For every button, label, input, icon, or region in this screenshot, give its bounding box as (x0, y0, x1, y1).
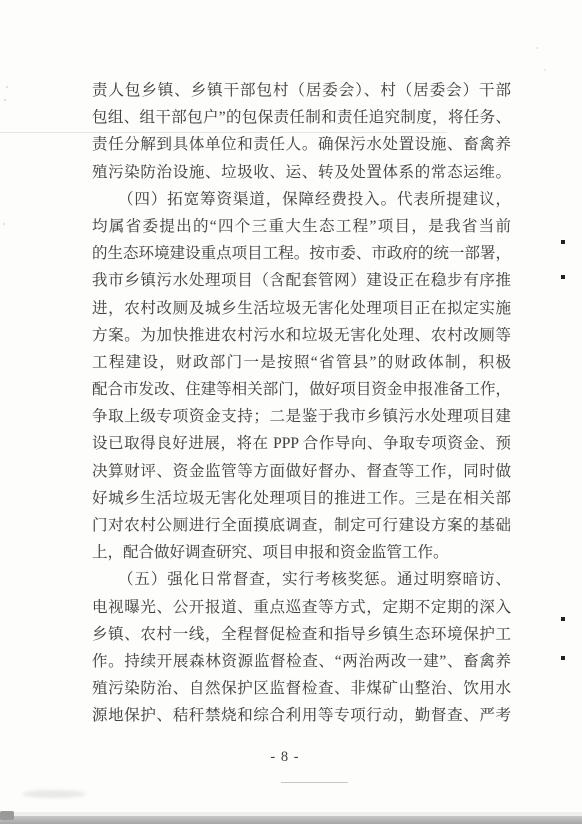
scan-artifact-speck (6, 86, 8, 88)
text-line: 进，农村改厕及城乡生活垃圾无害化处理项目正在拟定实施 (92, 295, 511, 322)
scan-artifact-smudge (22, 790, 86, 798)
text-line: 电视曝光、公开报道、重点巡查等方式，定期不定期的深入 (92, 594, 511, 621)
text-line: 殖污染防治、自然保护区监督检查、非煤矿山整治、饮用水 (92, 675, 511, 702)
text-line: 均属省委提出的“四个三重大生态工程”项目，是我省当前 (92, 213, 511, 240)
text-line-paragraph-end: 上，配合做好调查研究、项目申报和资金监管工作。 (92, 539, 511, 566)
scan-artifact-speck (544, 69, 546, 71)
text-line: 配合市发改、住建等相关部门，做好项目资金申报准备工作， (92, 376, 511, 403)
text-line: 工程建设，财政部门一是按照“省管县”的财政体制，积极 (92, 349, 511, 376)
page-number: - 8 - (235, 749, 335, 767)
text-line: 好城乡生活垃圾无害化处理项目的推进工作。三是在相关部 (92, 485, 511, 512)
text-line: 作。持续开展森林资源监督检查、“两治两改一建”、畜禽养 (92, 648, 511, 675)
text-line: 责任分解到具体单位和责任人。确保污水处置设施、畜禽养 (92, 131, 511, 158)
text-line: 乡镇、农村一线，全程督促检查和指导乡镇生态环境保护工 (92, 621, 511, 648)
footer-rule-line (281, 782, 348, 783)
text-line-paragraph-start: （五）强化日常督查，实行考核奖惩。通过明察暗访、 (92, 566, 511, 593)
scanned-document-page: 责人包乡镇、乡镇干部包村（居委会）、村（居委会）干部 包组、组干部包户”的包保责… (0, 0, 582, 824)
document-body-text: 责人包乡镇、乡镇干部包村（居委会）、村（居委会）干部 包组、组干部包户”的包保责… (92, 77, 511, 730)
text-line-paragraph-start: （四）拓宽筹资渠道，保障经费投入。代表所提建议， (92, 186, 511, 213)
scan-artifact-speck (4, 99, 6, 101)
text-line: 责人包乡镇、乡镇干部包村（居委会）、村（居委会）干部 (92, 77, 511, 104)
text-line: 的生态环境建设重点项目工程。按市委、市政府的统一部署， (92, 240, 511, 267)
scan-artifact-edge-dot (561, 656, 565, 660)
text-line: 源地保护、秸秆禁烧和综合利用等专项行动，勤督查、严考 (92, 702, 511, 729)
scan-artifact-speck (3, 223, 5, 225)
scan-artifact-speck (536, 47, 538, 49)
text-line: 决算财评、资金监管等方面做好督办、督查等工作，同时做 (92, 458, 511, 485)
text-line: 包组、组干部包户”的包保责任制和责任追究制度，将任务、 (92, 104, 511, 131)
scan-edge-shadow-band (0, 816, 582, 824)
text-line: 我市乡镇污水处理项目（含配套管网）建设正在稳步有序推 (92, 267, 511, 294)
scan-artifact-edge-dot (561, 617, 565, 621)
text-line: 门对农村公厕进行全面摸底调查，制定可行建设方案的基础 (92, 512, 511, 539)
text-line: 方案。为加快推进农村污水和垃圾无害化处理、农村改厕等 (92, 322, 511, 349)
scan-artifact-edge-dot (561, 275, 565, 279)
text-line: 争取上级专项资金支持；二是鉴于我市乡镇污水处理项目建 (92, 403, 511, 430)
text-line: 殖污染防治设施、垃圾收、运、转及处置体系的常态运维。 (92, 159, 511, 186)
scan-artifact-faint-line (0, 132, 447, 133)
scan-edge-corner-smudge (0, 811, 14, 820)
scan-artifact-edge-dot (561, 240, 565, 244)
text-line: 设已取得良好进展，将在 PPP 合作导向、争取专项资金、预 (92, 430, 511, 457)
